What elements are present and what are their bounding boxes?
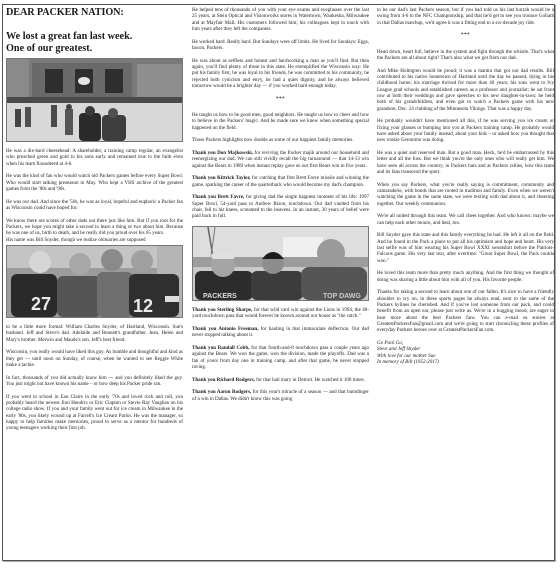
photo-lambeau bbox=[6, 58, 183, 142]
column-3: to be our dad's last Packers season, but… bbox=[377, 7, 554, 365]
paragraph: If you went to school in Eau Claire in t… bbox=[6, 394, 183, 432]
thanks-paragraph: Thank you Sterling Sharpe, for that wild… bbox=[192, 307, 369, 320]
svg-text:12: 12 bbox=[133, 296, 153, 316]
thanks-paragraph: Thank you Antonio Freeman, for hauling i… bbox=[192, 326, 369, 339]
paragraph: He was our dad. And since the '50s, he w… bbox=[6, 199, 183, 212]
thanks-name: Thank you Don Majkowski, bbox=[192, 150, 253, 156]
thanks-name: Thank you Richard Rodgers, bbox=[192, 377, 255, 383]
headline-line-2: One of our greatest. bbox=[6, 43, 183, 55]
thanks-paragraph: Thank you Don Majkowski, for reviving th… bbox=[192, 150, 369, 169]
paragraph: He was the kind of fan who would watch o… bbox=[6, 173, 183, 192]
column-2: He helped tens of thousands of you with … bbox=[192, 7, 369, 408]
thanks-name: Thank you Antonio Freeman, bbox=[192, 326, 258, 332]
thanks-text: for that hail mary in Detroit. He watche… bbox=[255, 377, 365, 383]
paragraph: Thanks for taking a second to learn abou… bbox=[377, 289, 554, 333]
paragraph: In fact, thousands of you did actually k… bbox=[6, 375, 183, 388]
photo-jerseys: 27 12 bbox=[6, 245, 183, 318]
signoff: Go Pack Go, Steve and Jeff Snyder With l… bbox=[377, 340, 554, 365]
paragraph: He worked hard. Really hard. But Sundays… bbox=[192, 39, 369, 52]
thanks-paragraph: Thank you Richard Rodgers, for that hail… bbox=[192, 377, 369, 383]
paragraph: Bill Snyder gave this state and this fam… bbox=[377, 232, 554, 264]
thanks-paragraph: Thank you Aaron Rodgers, for this year's… bbox=[192, 389, 369, 402]
paragraph: He was about as selfless and honest and … bbox=[192, 58, 369, 90]
paragraph: He helped tens of thousands of you with … bbox=[192, 7, 369, 32]
paragraph: He taught us how to be good men, good ne… bbox=[192, 112, 369, 131]
thanks-paragraph: Thank you Kittrick Taylor, for catching … bbox=[192, 175, 369, 188]
thanks-paragraph: Thank you Randall Cobb, for that fourth-… bbox=[192, 345, 369, 370]
column-1: DEAR PACKER NATION: We lost a great fan … bbox=[6, 7, 183, 438]
paragraph: Those Packers highlights now double as s… bbox=[192, 137, 369, 143]
photo-hats: PACKERS TOP DAWG bbox=[192, 226, 369, 301]
thanks-name: Thank you Brett Favre, bbox=[192, 194, 244, 200]
paragraph: He was a die-hard cheesehead: A sharehol… bbox=[6, 148, 183, 167]
photo-hats-image: PACKERS TOP DAWG bbox=[193, 227, 369, 300]
paragraph: His name was Bill Snyder, though we real… bbox=[6, 237, 183, 243]
svg-text:TOP DAWG: TOP DAWG bbox=[323, 293, 361, 300]
section-separator: *** bbox=[192, 96, 369, 102]
paragraph: to be our dad's last Packers season, but… bbox=[377, 7, 554, 26]
paragraph: He probably wouldn't have mentioned all … bbox=[377, 118, 554, 143]
paragraph: He loved this team more than pretty much… bbox=[377, 270, 554, 283]
paragraph: to be a little more formal: William Char… bbox=[6, 324, 183, 343]
thanks-name: Thank you Kittrick Taylor, bbox=[192, 175, 251, 181]
paragraph: We know there are scores of other dads o… bbox=[6, 218, 183, 237]
headline-line-1: We lost a great fan last week. bbox=[6, 31, 183, 43]
section-separator: *** bbox=[377, 32, 554, 38]
svg-text:PACKERS: PACKERS bbox=[203, 293, 237, 300]
thanks-name: Thank you Aaron Rodgers, bbox=[192, 389, 251, 395]
paragraph: He was a quiet and reserved man. But a g… bbox=[377, 150, 554, 175]
headline: We lost a great fan last week. One of ou… bbox=[6, 31, 183, 55]
photo-jerseys-image: 27 12 bbox=[7, 246, 183, 317]
signoff-line: In memory of Bill (1952-2017) bbox=[377, 359, 554, 365]
paragraph: When you say Packers, what you're really… bbox=[377, 182, 554, 207]
svg-text:27: 27 bbox=[31, 294, 51, 314]
photo-lambeau-image bbox=[7, 59, 183, 141]
paragraph: Head down, heart full, believe in the sy… bbox=[377, 49, 554, 62]
paragraph: Wisconsin, you really would have liked t… bbox=[6, 349, 183, 368]
salutation: DEAR PACKER NATION: bbox=[6, 7, 183, 19]
paragraph: We're all united through this team. We c… bbox=[377, 213, 554, 226]
thanks-paragraph: Thank you Brett Favre, for giving dad th… bbox=[192, 194, 369, 219]
paragraph: And Mike Holmgren would be proud; it was… bbox=[377, 68, 554, 112]
